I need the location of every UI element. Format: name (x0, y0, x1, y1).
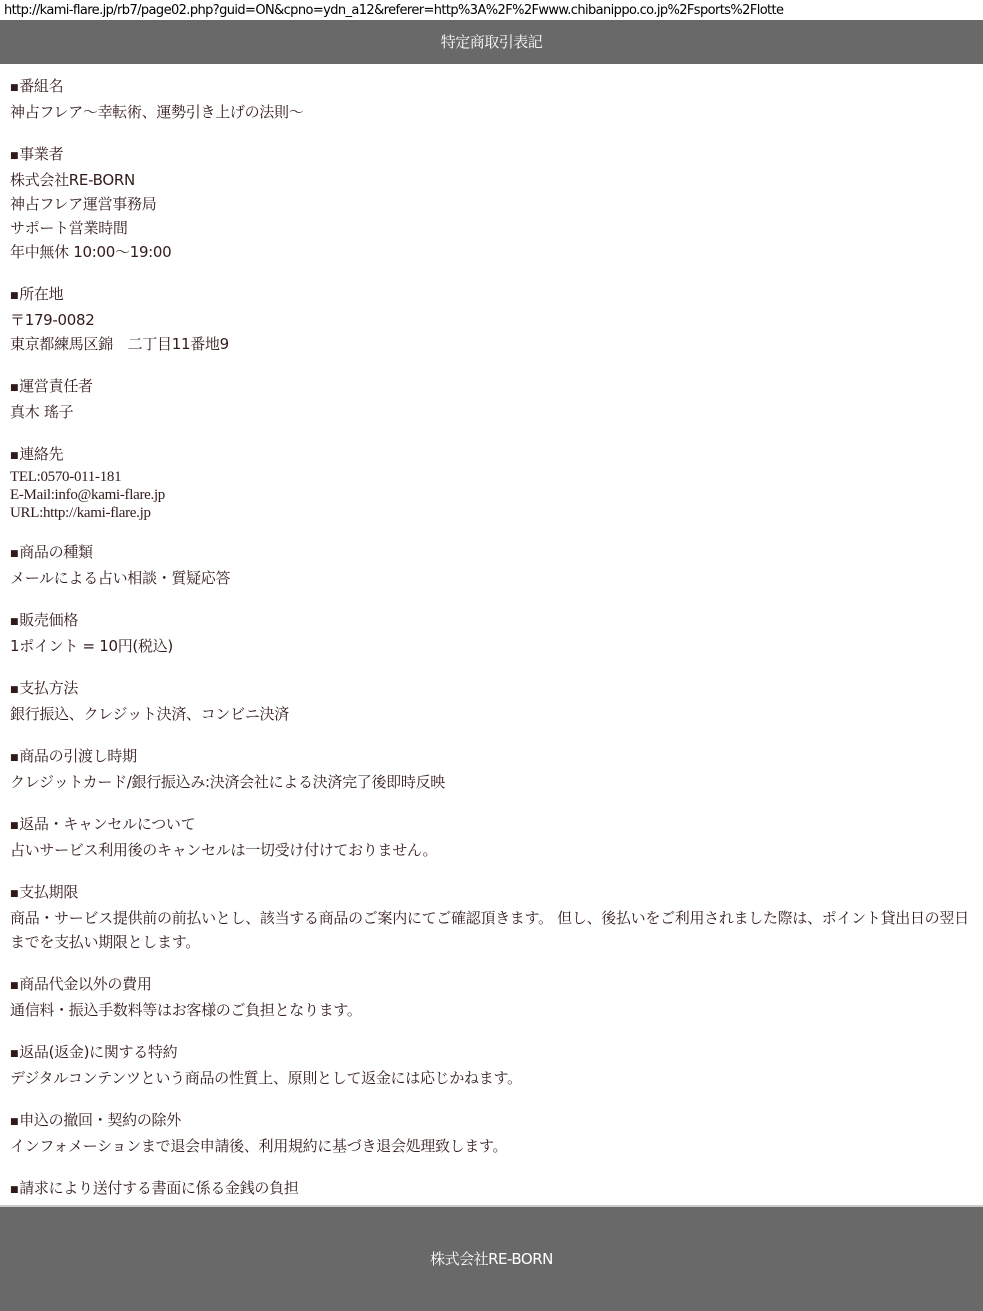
section-line: 1ポイント = 10円(税込) (10, 634, 973, 658)
section-line: 神占フレア運営事務局 (10, 192, 973, 216)
square-bullet-icon: ■ (10, 1117, 18, 1127)
section-line: メールによる占い相談・質疑応答 (10, 566, 973, 590)
page-footer: 株式会社RE-BORN (0, 1207, 983, 1311)
section-title: ■運営責任者 (10, 374, 973, 400)
section-line: 銀行振込、クレジット決済、コンビニ決済 (10, 702, 973, 726)
section-title: ■販売価格 (10, 608, 973, 634)
tel-text: TEL:0570-011-181 (10, 468, 973, 486)
section-line: インフォメーションまで退会申請後、利用規約に基づき退会処理致します。 (10, 1134, 973, 1158)
section-price: ■販売価格 1ポイント = 10円(税込) (10, 608, 973, 658)
section-delivery-time: ■商品の引渡し時期 クレジットカード/銀行振込み:決済会社による決済完了後即時反… (10, 744, 973, 794)
url-text: http://kami-flare.jp/rb7/page02.php?guid… (0, 0, 983, 20)
square-bullet-icon: ■ (10, 451, 18, 461)
square-bullet-icon: ■ (10, 685, 18, 695)
section-line: 占いサービス利用後のキャンセルは一切受け付けておりません。 (10, 838, 973, 862)
square-bullet-icon: ■ (10, 753, 18, 763)
section-payment-deadline: ■支払期限 商品・サービス提供前の前払いとし、該当する商品のご案内にてご確認頂き… (10, 880, 973, 954)
content: ■番組名 神占フレア～幸転術、運勢引き上げの法則～ ■事業者 株式会社RE-BO… (0, 64, 983, 1226)
section-line: 真木 瑤子 (10, 400, 973, 424)
section-refund-terms: ■返品(返金)に関する特約 デジタルコンテンツという商品の性質上、原則として返金… (10, 1040, 973, 1090)
section-title: ■商品の種類 (10, 540, 973, 566)
square-bullet-icon: ■ (10, 83, 18, 93)
section-withdrawal: ■申込の撤回・契約の除外 インフォメーションまで退会申請後、利用規約に基づき退会… (10, 1108, 973, 1158)
section-product-type: ■商品の種類 メールによる占い相談・質疑応答 (10, 540, 973, 590)
square-bullet-icon: ■ (10, 291, 18, 301)
section-title: ■支払方法 (10, 676, 973, 702)
page-header: 特定商取引表記 (0, 20, 983, 64)
square-bullet-icon: ■ (10, 151, 18, 161)
section-contact: ■連絡先 TEL:0570-011-181 E-Mail:info@kami-f… (10, 442, 973, 522)
footer-company: 株式会社RE-BORN (430, 1250, 553, 1268)
section-payment-method: ■支払方法 銀行振込、クレジット決済、コンビニ決済 (10, 676, 973, 726)
square-bullet-icon: ■ (10, 617, 18, 627)
section-line: 通信料・振込手数料等はお客様のご負担となります。 (10, 998, 973, 1022)
square-bullet-icon: ■ (10, 821, 18, 831)
section-line: デジタルコンテンツという商品の性質上、原則として返金には応じかねます。 (10, 1066, 973, 1090)
section-title: ■商品の引渡し時期 (10, 744, 973, 770)
section-business-operator: ■事業者 株式会社RE-BORN 神占フレア運営事務局 サポート営業時間 年中無… (10, 142, 973, 264)
section-manager: ■運営責任者 真木 瑤子 (10, 374, 973, 424)
section-other-fees: ■商品代金以外の費用 通信料・振込手数料等はお客様のご負担となります。 (10, 972, 973, 1022)
square-bullet-icon: ■ (10, 549, 18, 559)
email-text: E-Mail:info@kami-flare.jp (10, 486, 973, 504)
section-line: クレジットカード/銀行振込み:決済会社による決済完了後即時反映 (10, 770, 973, 794)
section-line: 株式会社RE-BORN (10, 168, 973, 192)
section-title: ■番組名 (10, 74, 973, 100)
section-line: 東京都練馬区錦 二丁目11番地9 (10, 332, 973, 356)
section-line: 商品・サービス提供前の前払いとし、該当する商品のご案内にてご確認頂きます。 但し… (10, 906, 973, 954)
square-bullet-icon: ■ (10, 981, 18, 991)
section-program-name: ■番組名 神占フレア～幸転術、運勢引き上げの法則～ (10, 74, 973, 124)
url-contact-text: URL:http://kami-flare.jp (10, 504, 973, 522)
section-title: ■事業者 (10, 142, 973, 168)
section-title: ■連絡先 (10, 442, 973, 468)
section-line: 年中無休 10:00～19:00 (10, 240, 973, 264)
section-line: 〒179-0082 (10, 308, 973, 332)
section-title: ■商品代金以外の費用 (10, 972, 973, 998)
section-title: ■申込の撤回・契約の除外 (10, 1108, 973, 1134)
section-title: ■返品(返金)に関する特約 (10, 1040, 973, 1066)
square-bullet-icon: ■ (10, 889, 18, 899)
square-bullet-icon: ■ (10, 383, 18, 393)
section-title: ■所在地 (10, 282, 973, 308)
section-line: 神占フレア～幸転術、運勢引き上げの法則～ (10, 100, 973, 124)
section-title: ■請求により送付する書面に係る金銭の負担 (10, 1176, 973, 1202)
section-line: サポート営業時間 (10, 216, 973, 240)
section-address: ■所在地 〒179-0082 東京都練馬区錦 二丁目11番地9 (10, 282, 973, 356)
section-title: ■返品・キャンセルについて (10, 812, 973, 838)
section-returns-cancel: ■返品・キャンセルについて 占いサービス利用後のキャンセルは一切受け付けておりま… (10, 812, 973, 862)
square-bullet-icon: ■ (10, 1185, 18, 1195)
square-bullet-icon: ■ (10, 1049, 18, 1059)
section-title: ■支払期限 (10, 880, 973, 906)
page-title: 特定商取引表記 (441, 33, 543, 51)
